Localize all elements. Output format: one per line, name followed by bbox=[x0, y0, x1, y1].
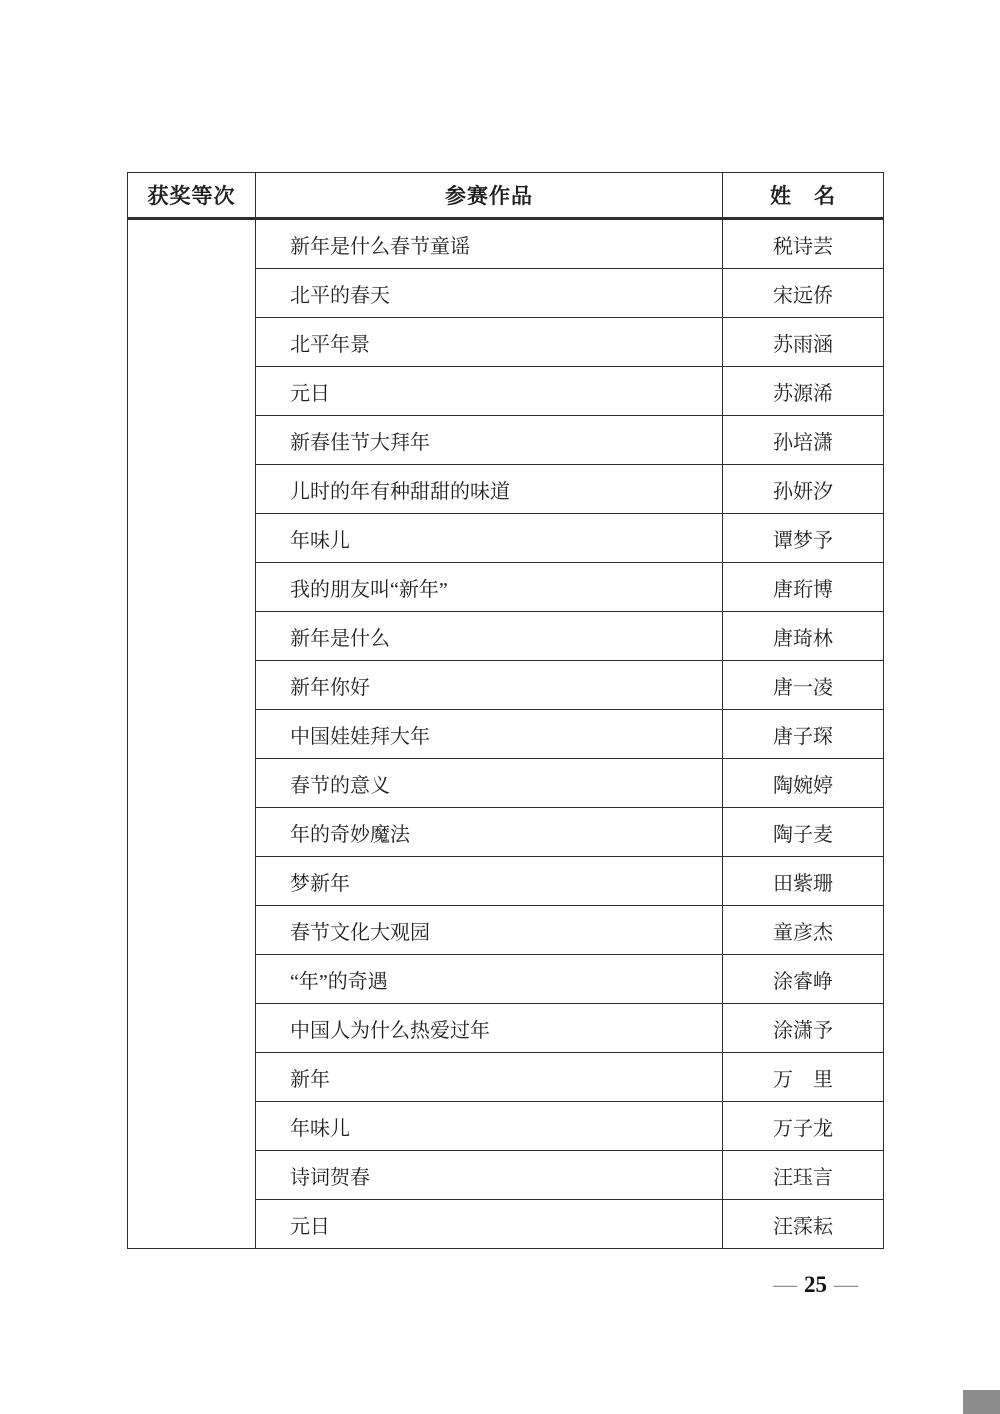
author-name: 万子龙 bbox=[723, 1102, 884, 1151]
scrollbar-corner-artifact bbox=[963, 1390, 1000, 1414]
header-award-level: 获奖等次 bbox=[128, 173, 256, 219]
header-name: 姓 名 bbox=[723, 173, 884, 219]
work-title: 年的奇妙魔法 bbox=[256, 808, 723, 857]
author-name: 涂睿峥 bbox=[723, 955, 884, 1004]
work-title: 北平的春天 bbox=[256, 269, 723, 318]
work-title: 中国人为什么热爱过年 bbox=[256, 1004, 723, 1053]
author-name: 苏雨涵 bbox=[723, 318, 884, 367]
author-name: 孙妍汐 bbox=[723, 465, 884, 514]
page-number-value: 25 bbox=[804, 1272, 827, 1298]
work-title: 梦新年 bbox=[256, 857, 723, 906]
page-number: — 25 — bbox=[773, 1272, 858, 1298]
author-name: 涂潇予 bbox=[723, 1004, 884, 1053]
author-name: 童彦杰 bbox=[723, 906, 884, 955]
author-name: 孙培潇 bbox=[723, 416, 884, 465]
work-title: 元日 bbox=[256, 367, 723, 416]
author-name: 唐珩博 bbox=[723, 563, 884, 612]
author-name: 田紫珊 bbox=[723, 857, 884, 906]
table-row: 新年是什么春节童谣 税诗芸 bbox=[128, 219, 884, 269]
awards-table: 获奖等次 参赛作品 姓 名 新年是什么春节童谣 税诗芸 北平的春天 宋远侨 北平… bbox=[127, 172, 884, 1249]
work-title: 新年你好 bbox=[256, 661, 723, 710]
page-number-left-dash: — bbox=[773, 1273, 797, 1297]
work-title: “年”的奇遇 bbox=[256, 955, 723, 1004]
author-name: 谭梦予 bbox=[723, 514, 884, 563]
work-title: 年味儿 bbox=[256, 514, 723, 563]
work-title: 新年 bbox=[256, 1053, 723, 1102]
author-name: 唐琦林 bbox=[723, 612, 884, 661]
author-name: 陶子麦 bbox=[723, 808, 884, 857]
award-level-cell bbox=[128, 219, 256, 1249]
author-name: 苏源浠 bbox=[723, 367, 884, 416]
work-title: 新年是什么 bbox=[256, 612, 723, 661]
page-number-right-dash: — bbox=[834, 1273, 858, 1297]
author-name: 宋远侨 bbox=[723, 269, 884, 318]
author-name: 唐一凌 bbox=[723, 661, 884, 710]
work-title: 北平年景 bbox=[256, 318, 723, 367]
work-title: 儿时的年有种甜甜的味道 bbox=[256, 465, 723, 514]
author-name: 万 里 bbox=[723, 1053, 884, 1102]
work-title: 我的朋友叫“新年” bbox=[256, 563, 723, 612]
author-name: 陶婉婷 bbox=[723, 759, 884, 808]
author-name: 唐子琛 bbox=[723, 710, 884, 759]
work-title: 年味儿 bbox=[256, 1102, 723, 1151]
work-title: 春节文化大观园 bbox=[256, 906, 723, 955]
author-name: 税诗芸 bbox=[723, 219, 884, 269]
author-name: 汪珏言 bbox=[723, 1151, 884, 1200]
work-title: 新春佳节大拜年 bbox=[256, 416, 723, 465]
author-name: 汪霂耘 bbox=[723, 1200, 884, 1249]
work-title: 新年是什么春节童谣 bbox=[256, 219, 723, 269]
work-title: 诗词贺春 bbox=[256, 1151, 723, 1200]
table-header-row: 获奖等次 参赛作品 姓 名 bbox=[128, 173, 884, 219]
work-title: 中国娃娃拜大年 bbox=[256, 710, 723, 759]
work-title: 春节的意义 bbox=[256, 759, 723, 808]
work-title: 元日 bbox=[256, 1200, 723, 1249]
header-entry-work: 参赛作品 bbox=[256, 173, 723, 219]
